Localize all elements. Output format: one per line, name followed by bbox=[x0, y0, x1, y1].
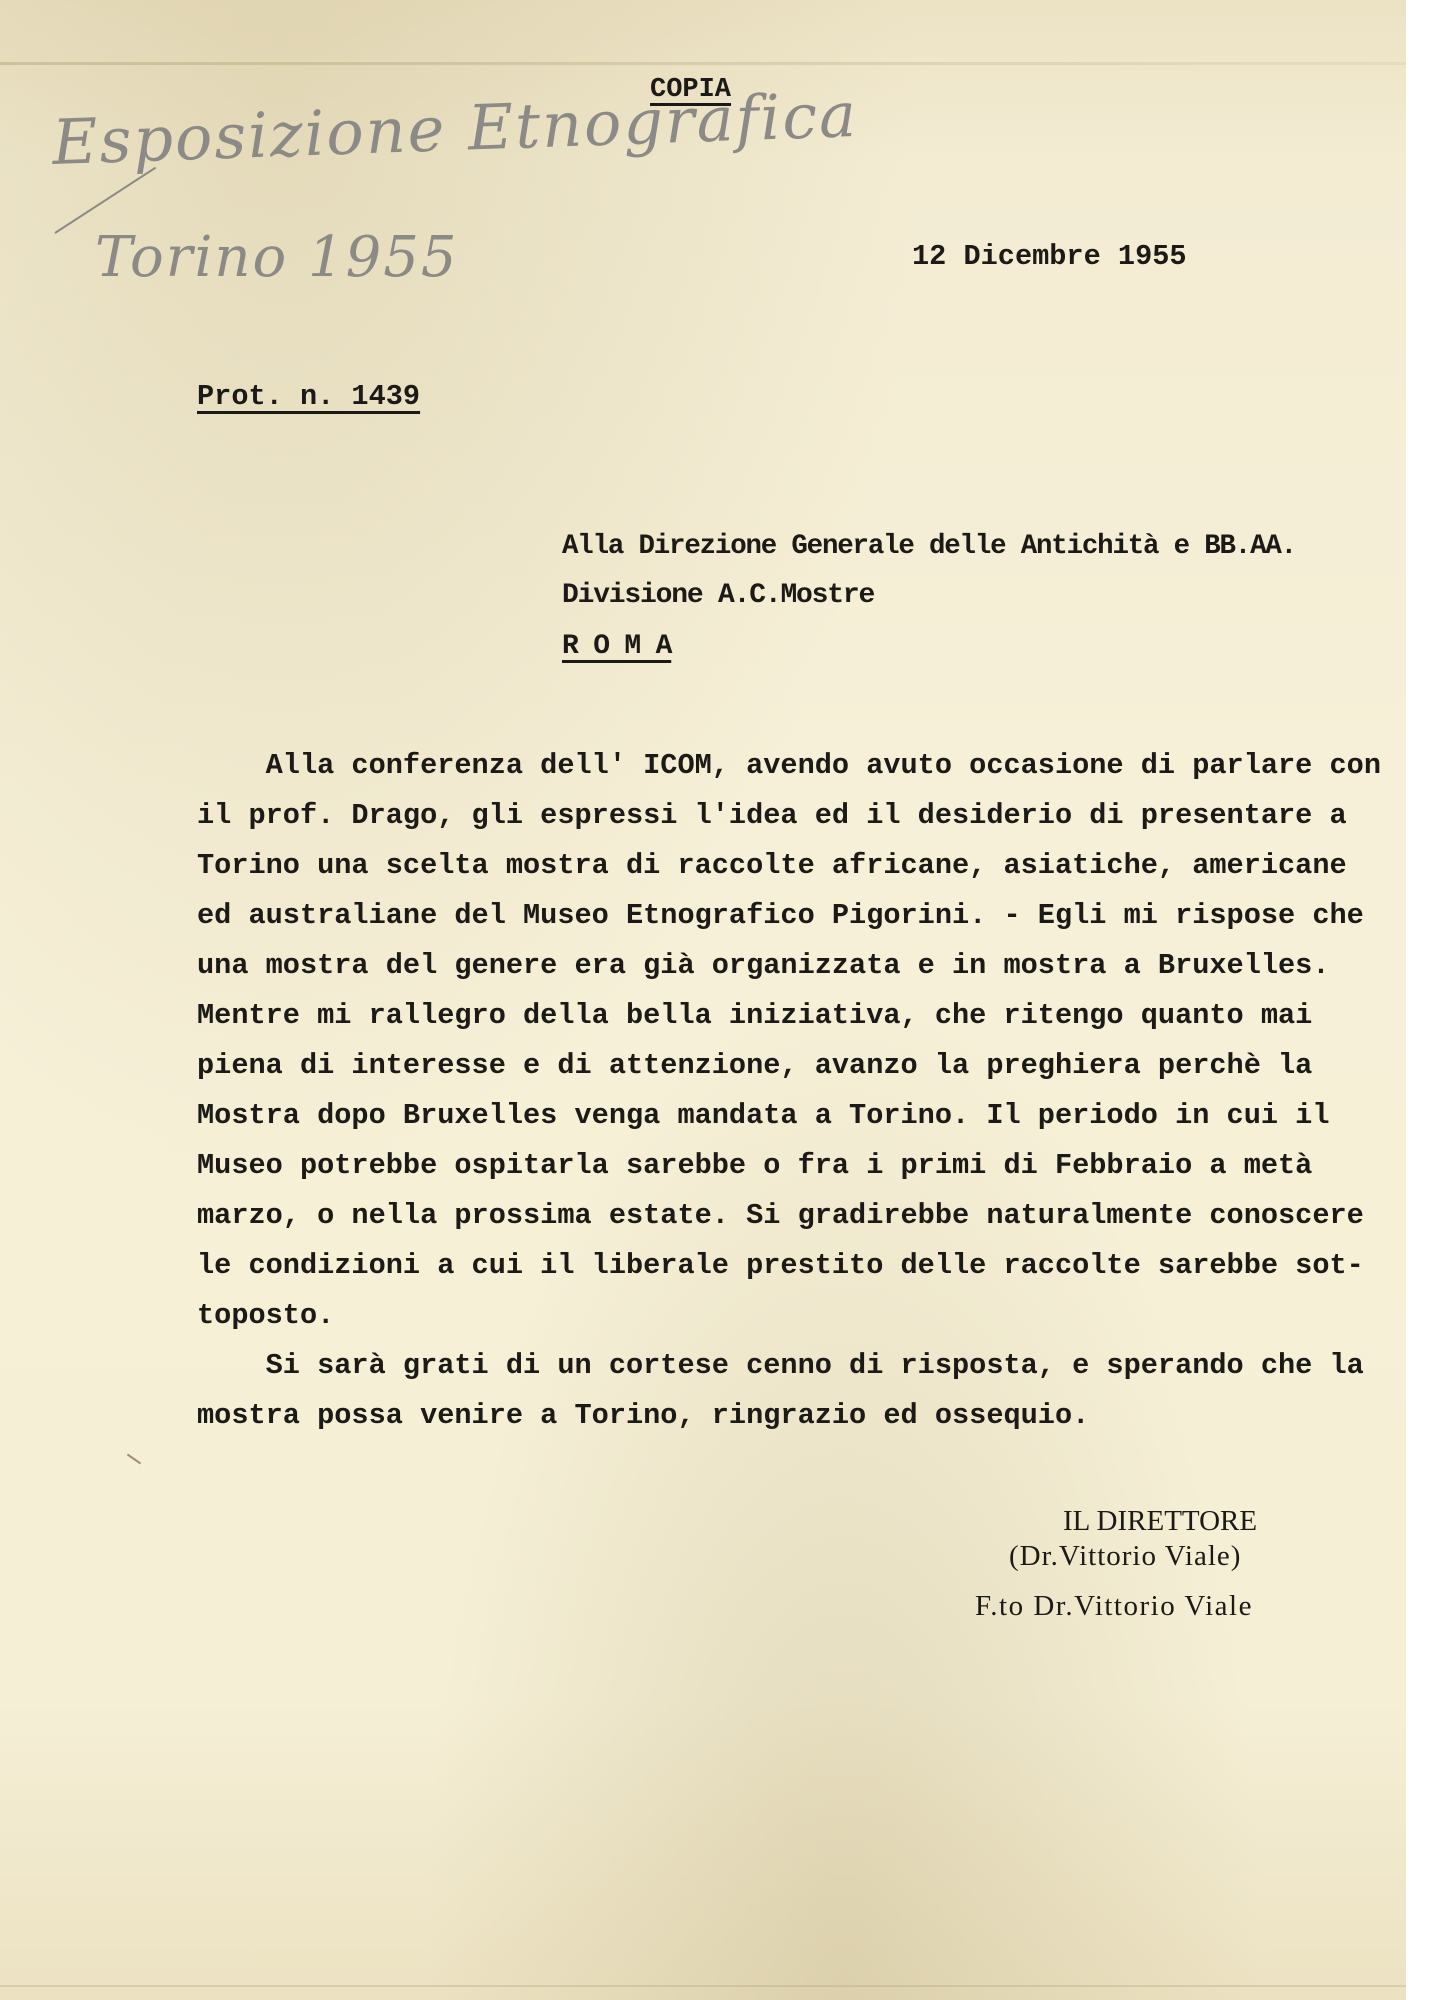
recipient-city: R O M A bbox=[562, 633, 671, 661]
signature-name: (Dr.Vittorio Viale) bbox=[1009, 1542, 1241, 1571]
body-line: il prof. Drago, gli espressi l'idea ed i… bbox=[197, 802, 1347, 831]
signature-signed: F.to Dr.Vittorio Viale bbox=[975, 1592, 1253, 1621]
letter-date: 12 Dicembre 1955 bbox=[912, 243, 1187, 272]
body-line: le condizioni a cui il liberale prestito… bbox=[197, 1252, 1364, 1281]
body-line: Torino una scelta mostra di raccolte afr… bbox=[197, 852, 1347, 881]
fold-crease bbox=[0, 62, 1406, 65]
body-line: Alla conferenza dell' ICOM, avendo avuto… bbox=[197, 752, 1381, 781]
body-line: Mentre mi rallegro della bella iniziativ… bbox=[197, 1002, 1312, 1031]
handwritten-note-line1: Esposizione Etnografica bbox=[51, 78, 859, 179]
body-line: Si sarà grati di un cortese cenno di ris… bbox=[197, 1352, 1364, 1381]
body-line: toposto. bbox=[197, 1302, 334, 1331]
body-line: Museo potrebbe ospitarla sarebbe o fra i… bbox=[197, 1152, 1312, 1181]
body-line: una mostra del genere era già organizzat… bbox=[197, 952, 1330, 981]
body-line: ed australiane del Museo Etnografico Pig… bbox=[197, 902, 1364, 931]
body-line: mostra possa venire a Torino, ringrazio … bbox=[197, 1402, 1089, 1431]
handwritten-note-line2: Torino 1955 bbox=[95, 225, 459, 290]
copy-heading: COPIA bbox=[650, 77, 731, 104]
protocol-number: Prot. n. 1439 bbox=[197, 383, 420, 412]
recipient-line1: Alla Direzione Generale delle Antichità … bbox=[562, 533, 1296, 561]
fold-crease-bottom bbox=[0, 1985, 1406, 1987]
signature-title: IL DIRETTORE bbox=[1063, 1507, 1257, 1536]
stray-mark bbox=[127, 1454, 141, 1465]
body-line: Mostra dopo Bruxelles venga mandata a To… bbox=[197, 1102, 1330, 1131]
body-line: piena di interesse e di attenzione, avan… bbox=[197, 1052, 1312, 1081]
paper-sheet: Esposizione Etnografica Torino 1955 COPI… bbox=[0, 0, 1406, 2000]
recipient-line2: Divisione A.C.Mostre bbox=[562, 582, 874, 610]
body-line: marzo, o nella prossima estate. Si gradi… bbox=[197, 1202, 1364, 1231]
